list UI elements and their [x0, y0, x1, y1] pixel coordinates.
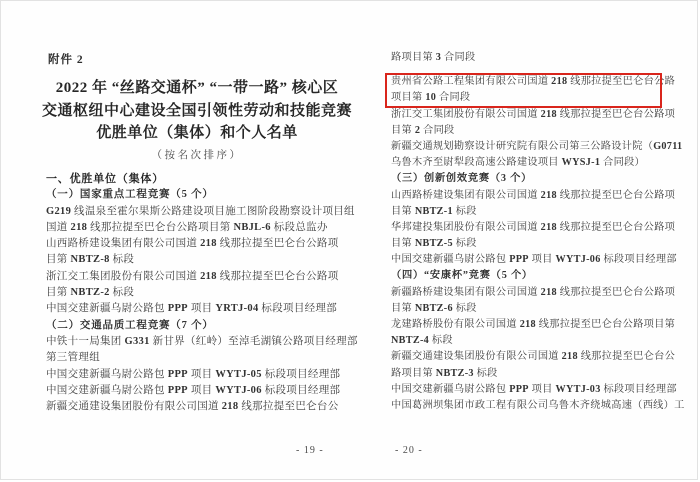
doc-line: 目第 NBTZ-5 标段	[391, 236, 676, 252]
doc-line: 乌鲁木齐至尉犁段高速公路建设项目 WYSJ-1 合同段）	[391, 155, 676, 171]
doc-line: 国道 218 线那拉提至巴仑台公路项目第 NBJL-6 标段总监办	[46, 220, 348, 236]
document-scan: 附件 2 2022 年 “丝路交通杯” “一带一路” 核心区交通枢纽中心建设全国…	[0, 0, 698, 480]
doc-line: 浙江交工集团股份有限公司国道 218 线那拉提至巴仑台公路项	[46, 269, 348, 285]
doc-line: G219 线温泉至霍尔果斯公路建设项目施工图阶段勘察设计项目组	[46, 204, 348, 220]
doc-line: 中国交建新疆乌尉公路包 PPP 项目 WYTJ-06 标段项目经理部	[391, 252, 676, 268]
right-page-lines: 路项目第 3 合同段贵州省公路工程集团有限公司国道 218 线那拉提至巴仑台公路…	[391, 50, 676, 414]
left-page-lines: 一、优胜单位（集体）（一）国家重点工程竞赛（5 个）G219 线温泉至霍尔果斯公…	[46, 171, 348, 415]
doc-line: 中国交建新疆乌尉公路包 PPP 项目 WYTJ-05 标段项目经理部	[46, 367, 348, 383]
doc-line: 山西路桥建设集团有限公司国道 218 线那拉提至巴仑台公路项	[391, 188, 676, 204]
doc-line: 中国交建新疆乌尉公路包 PPP 项目 WYTJ-06 标段项目经理部	[46, 383, 348, 399]
doc-line: 目第 NBTZ-1 标段	[391, 204, 676, 220]
doc-line: 华邦建投集团股份有限公司国道 218 线那拉提至巴仑台公路项	[391, 220, 676, 236]
doc-line: 目第 NBTZ-6 标段	[391, 301, 676, 317]
doc-line: 中国交建新疆乌尉公路包 PPP 项目 WYTJ-03 标段项目经理部	[391, 382, 676, 398]
doc-line: 贵州省公路工程集团有限公司国道 218 线那拉提至巴仑台公路	[391, 74, 676, 90]
doc-line: 路项目第 NBTZ-3 标段	[391, 366, 676, 382]
doc-title-line: 优胜单位（集体）和个人名单	[38, 122, 356, 145]
doc-line: （一）国家重点工程竞赛（5 个）	[46, 187, 348, 203]
page-19: 附件 2 2022 年 “丝路交通杯” “一带一路” 核心区交通枢纽中心建设全国…	[46, 1, 348, 480]
page-number-19: - 19 -	[296, 445, 324, 456]
doc-line: 目第 NBTZ-2 标段	[46, 285, 348, 301]
doc-line: （三）创新创效竞赛（3 个）	[391, 171, 676, 187]
doc-line: 项目第 10 合同段	[391, 90, 676, 106]
doc-line: 新疆路桥建设集团有限公司国道 218 线那拉提至巴仑台公路项	[391, 285, 676, 301]
doc-line: （四）“安康杯”竞赛（5 个）	[391, 268, 676, 284]
doc-line: （二）交通品质工程竞赛（7 个）	[46, 318, 348, 334]
doc-line: 山西路桥建设集团有限公司国道 218 线那拉提至巴仑台公路项	[46, 236, 348, 252]
doc-title: 2022 年 “丝路交通杯” “一带一路” 核心区交通枢纽中心建设全国引领性劳动…	[38, 77, 356, 145]
doc-line: 目第 NBTZ-8 标段	[46, 252, 348, 268]
doc-line: 新疆交通建设集团股份有限公司国道 218 线那拉提至巴仑台公	[46, 399, 348, 415]
page-number-20: - 20 -	[395, 445, 423, 456]
doc-line: 目第 2 合同段	[391, 123, 676, 139]
doc-line: NBTZ-4 标段	[391, 333, 676, 349]
page-20: 路项目第 3 合同段贵州省公路工程集团有限公司国道 218 线那拉提至巴仑台公路…	[391, 1, 676, 480]
doc-title-line: 2022 年 “丝路交通杯” “一带一路” 核心区	[38, 77, 356, 100]
doc-line: 新疆交通建设集团股份有限公司国道 218 线那拉提至巴仑台公	[391, 349, 676, 365]
doc-subtitle: （按名次排序）	[46, 147, 348, 162]
doc-line: 浙江交工集团股份有限公司国道 218 线那拉提至巴仑台公路项	[391, 107, 676, 123]
doc-line: 龙建路桥股份有限公司国道 218 线那拉提至巴仑台公路项目第	[391, 317, 676, 333]
doc-line: 中国交建新疆乌尉公路包 PPP 项目 YRTJ-04 标段项目经理部	[46, 301, 348, 317]
doc-line: 一、优胜单位（集体）	[46, 171, 348, 187]
doc-line: 中国葛洲坝集团市政工程有限公司乌鲁木齐绕城高速（西线）工	[391, 398, 676, 414]
doc-line: 路项目第 3 合同段	[391, 50, 676, 66]
doc-line: 新疆交通规划勘察设计研究院有限公司第三公路设计院（G0711	[391, 139, 676, 155]
doc-line: 第三管理组	[46, 350, 348, 366]
attachment-label: 附件 2	[48, 51, 84, 67]
doc-title-line: 交通枢纽中心建设全国引领性劳动和技能竞赛	[38, 100, 356, 123]
doc-line: 中铁十一局集团 G331 新甘界（红岭）至淖毛湖镇公路项目经理部	[46, 334, 348, 350]
